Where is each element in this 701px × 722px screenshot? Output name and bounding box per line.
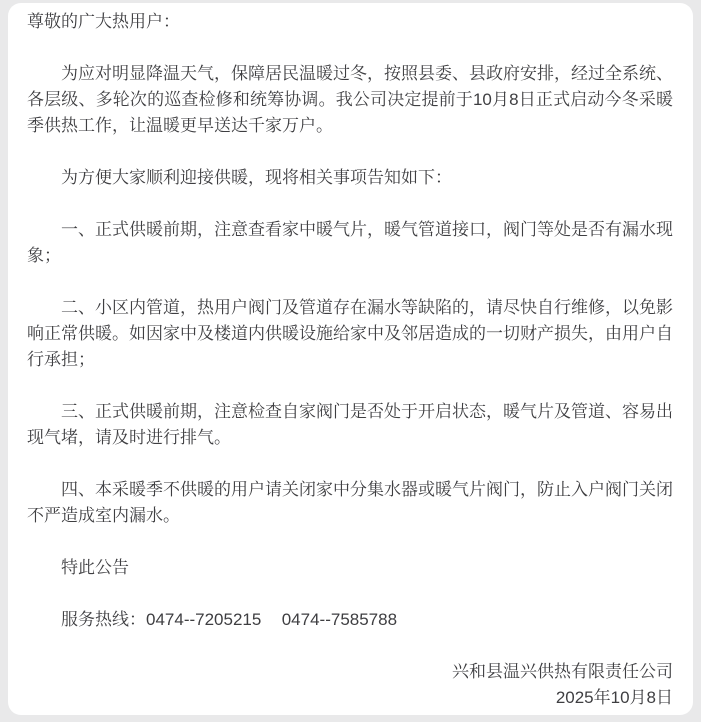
- notice-date: 2025年10月8日: [27, 685, 673, 711]
- page: { "page": { "background_color": "#e9e9ea…: [0, 0, 701, 722]
- company-name: 兴和县温兴供热有限责任公司: [27, 659, 673, 685]
- hotline-number-1: 0474--7205215: [146, 610, 261, 629]
- intro-paragraph: 为应对明显降温天气，保障居民温暖过冬，按照县委、县政府安排，经过全系统、各层级、…: [27, 61, 673, 139]
- signature-block: 兴和县温兴供热有限责任公司 2025年10月8日: [27, 659, 673, 711]
- closing-statement: 特此公告: [27, 555, 673, 581]
- notice-item-3: 三、正式供暖前期，注意检查自家阀门是否处于开启状态，暖气片及管道、容易出现气堵，…: [27, 399, 673, 451]
- hotline-number-2: 0474--7585788: [282, 610, 397, 629]
- salutation: 尊敬的广大热用户：: [27, 9, 673, 35]
- lead-in-paragraph: 为方便大家顺利迎接供暖，现将相关事项告知如下：: [27, 165, 673, 191]
- notice-item-4: 四、本采暖季不供暖的用户请关闭家中分集水器或暖气片阀门，防止入户阀门关闭不严造成…: [27, 477, 673, 529]
- notice-item-1: 一、正式供暖前期，注意查看家中暖气片，暖气管道接口，阀门等处是否有漏水现象；: [27, 217, 673, 269]
- notice-card: 尊敬的广大热用户： 为应对明显降温天气，保障居民温暖过冬，按照县委、县政府安排，…: [8, 3, 693, 715]
- hotline-line: 服务热线：0474--72052150474--7585788: [27, 607, 673, 633]
- hotline-label: 服务热线：: [61, 610, 146, 629]
- notice-item-2: 二、小区内管道，热用户阀门及管道存在漏水等缺陷的，请尽快自行维修，以免影响正常供…: [27, 295, 673, 373]
